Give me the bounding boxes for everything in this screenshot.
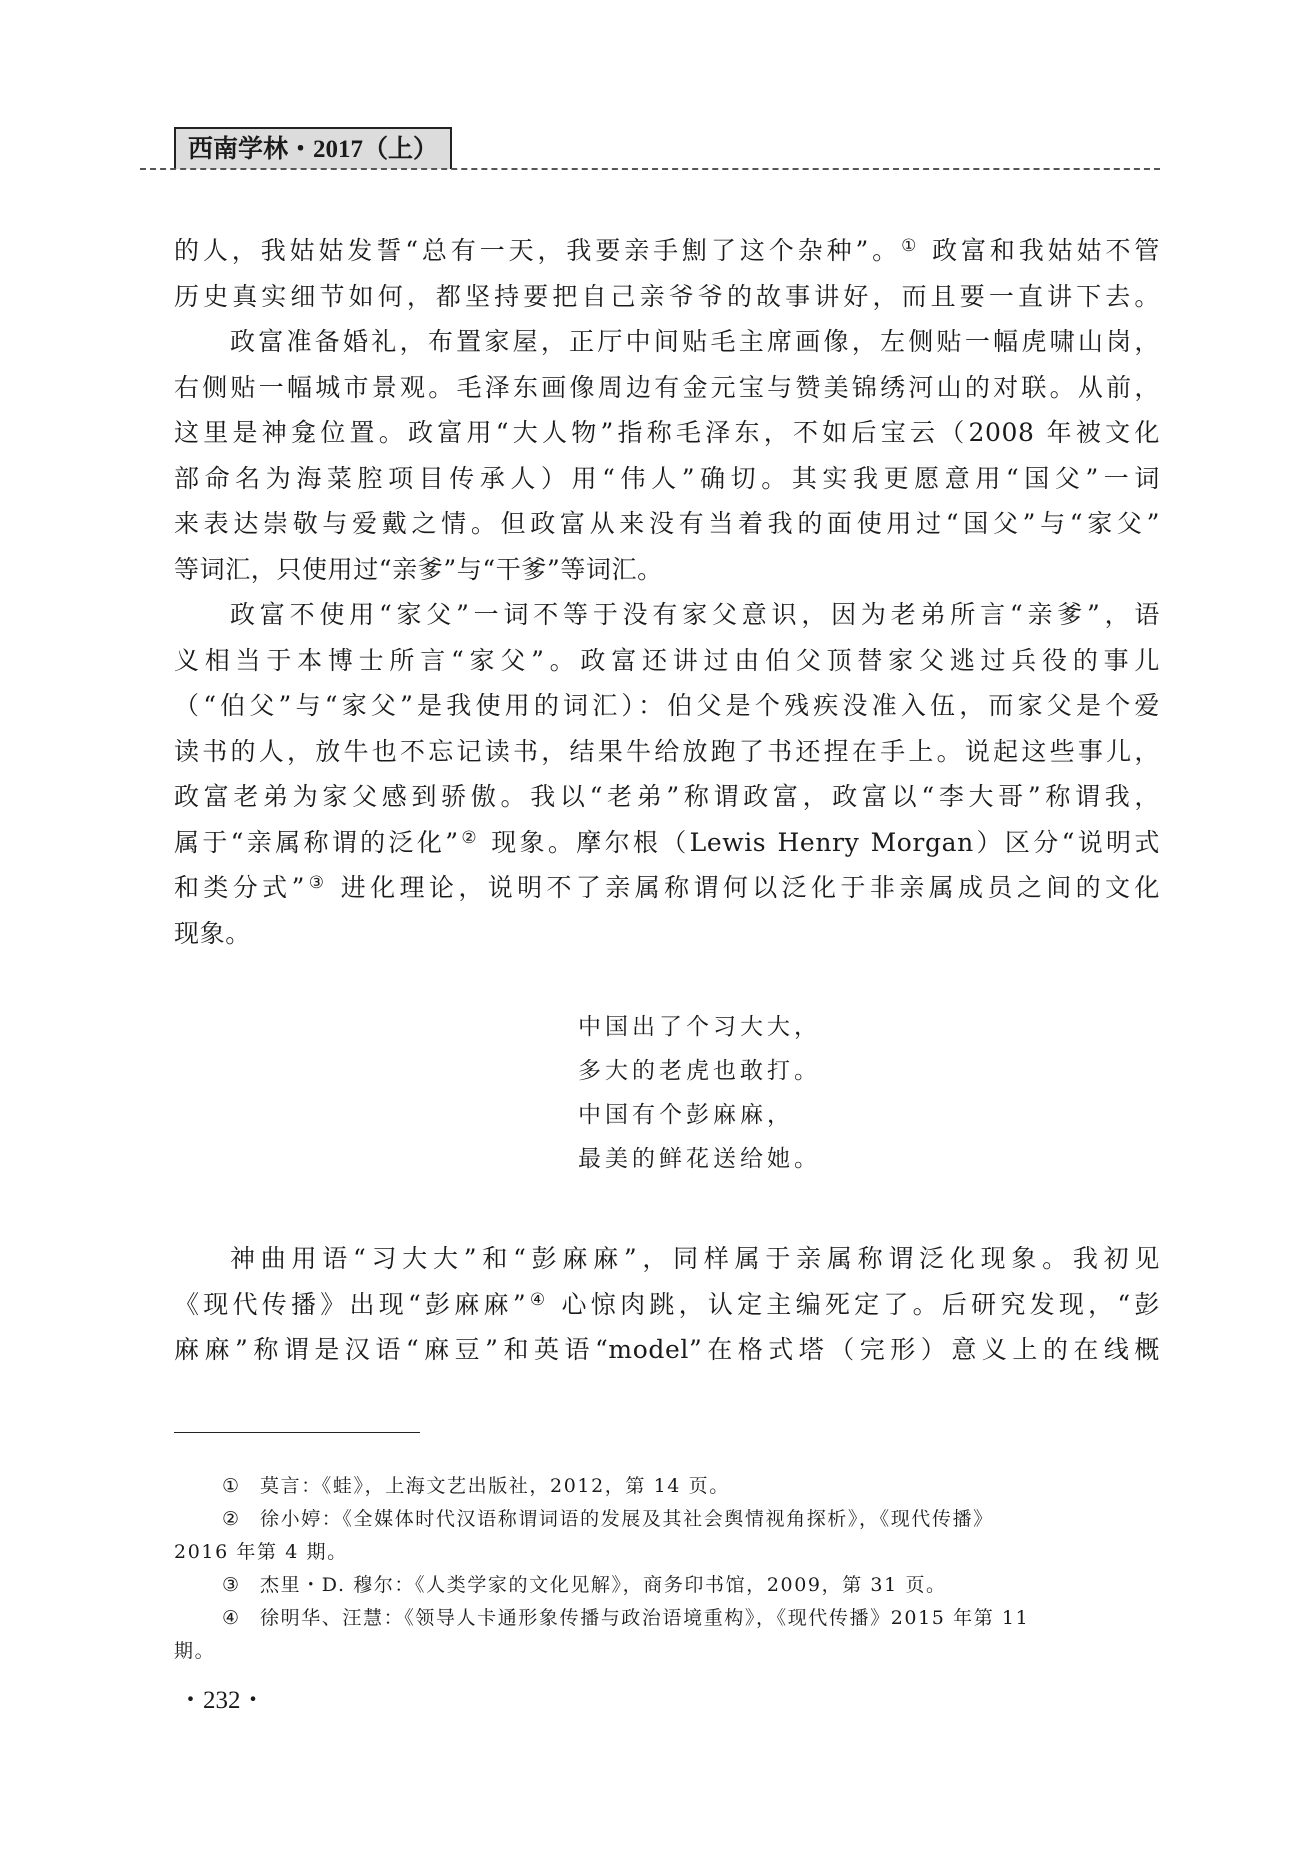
- body-line: 《现代传播》出现“彭麻麻”④ 心惊肉跳，认定主编死定了。后研究发现，“彭: [174, 1282, 1160, 1328]
- footnote-2: ②徐小婷：《全媒体时代汉语称谓词语的发展及其社会舆情视角探析》，《现代传播》: [174, 1503, 1160, 1536]
- body-line: 现象。: [174, 911, 1160, 957]
- footnote-4-continued: 期。: [174, 1635, 1160, 1668]
- body-line: 政富老弟为家父感到骄傲。我以“老弟”称谓政富，政富以“李大哥”称谓我，: [174, 774, 1160, 820]
- body-line: 右侧贴一幅城市景观。毛泽东画像周边有金元宝与赞美锦绣河山的对联。从前，: [174, 365, 1160, 411]
- body-line: 的人，我姑姑发誓“总有一天，我要亲手劁了这个杂种”。① 政富和我姑姑不管: [174, 228, 1160, 274]
- header-dashed-rule: [140, 168, 1160, 170]
- body-line: （“伯父”与“家父”是我使用的词汇）：伯父是个残疾没准入伍，而家父是个爱: [174, 683, 1160, 729]
- page-number: ・232・: [178, 1686, 266, 1716]
- body-line: 和类分式”③ 进化理论，说明不了亲属称谓何以泛化于非亲属成员之间的文化: [174, 865, 1160, 911]
- journal-title: 西南学林・2017（上）: [188, 136, 438, 163]
- footnote-separator: [174, 1432, 420, 1433]
- footnote-1: ①莫言：《蛙》，上海文艺出版社，2012，第 14 页。: [174, 1470, 1160, 1503]
- body-line: 等词汇，只使用过“亲爹”与“干爹”等词汇。: [174, 547, 1160, 593]
- main-body-text-continued: 神曲用语“习大大”和“彭麻麻”，同样属于亲属称谓泛化现象。我初见 《现代传播》出…: [174, 1236, 1160, 1373]
- journal-header: 西南学林・2017（上）: [174, 127, 452, 169]
- quoted-song-lyrics: 中国出了个习大大， 多大的老虎也敢打。 中国有个彭麻麻， 最美的鲜花送给她。: [578, 1005, 821, 1181]
- footnotes: ①莫言：《蛙》，上海文艺出版社，2012，第 14 页。 ②徐小婷：《全媒体时代…: [174, 1470, 1160, 1668]
- footnote-2-continued: 2016 年第 4 期。: [174, 1536, 1160, 1569]
- body-line: 来表达崇敬与爱戴之情。但政富从来没有当着我的面使用过“国父”与“家父”: [174, 501, 1160, 547]
- footnote-ref-1[interactable]: ①: [901, 236, 920, 256]
- footnote-4: ④徐明华、汪慧：《领导人卡通形象传播与政治语境重构》，《现代传播》2015 年第…: [174, 1602, 1160, 1635]
- poem-line: 最美的鲜花送给她。: [578, 1137, 821, 1181]
- body-line: 历史真实细节如何，都坚持要把自己亲爷爷的故事讲好，而且要一直讲下去。: [174, 274, 1160, 320]
- body-line: 这里是神龛位置。政富用“大人物”指称毛泽东，不如后宝云（2008 年被文化: [174, 410, 1160, 456]
- body-line: 政富准备婚礼，布置家屋，正厅中间贴毛主席画像，左侧贴一幅虎啸山岗，: [174, 319, 1160, 365]
- poem-line: 多大的老虎也敢打。: [578, 1049, 821, 1093]
- body-line: 部命名为海菜腔项目传承人）用“伟人”确切。其实我更愿意用“国父”一词: [174, 456, 1160, 502]
- poem-line: 中国有个彭麻麻，: [578, 1093, 821, 1137]
- footnote-3: ③杰里・D. 穆尔：《人类学家的文化见解》，商务印书馆，2009，第 31 页。: [174, 1569, 1160, 1602]
- body-line: 读书的人，放牛也不忘记读书，结果牛给放跑了书还捏在手上。说起这些事儿，: [174, 729, 1160, 775]
- footnote-ref-4[interactable]: ④: [526, 1290, 549, 1310]
- body-line: 属于“亲属称谓的泛化”② 现象。摩尔根（Lewis Henry Morgan）区…: [174, 820, 1160, 866]
- footnote-ref-3[interactable]: ③: [305, 873, 328, 893]
- body-line: 麻麻”称谓是汉语“麻豆”和英语“model”在格式塔（完形）意义上的在线概: [174, 1327, 1160, 1373]
- body-line: 政富不使用“家父”一词不等于没有家父意识，因为老弟所言“亲爹”，语: [174, 592, 1160, 638]
- body-line: 神曲用语“习大大”和“彭麻麻”，同样属于亲属称谓泛化现象。我初见: [174, 1236, 1160, 1282]
- body-line: 义相当于本博士所言“家父”。政富还讲过由伯父顶替家父逃过兵役的事儿: [174, 638, 1160, 684]
- main-body-text: 的人，我姑姑发誓“总有一天，我要亲手劁了这个杂种”。① 政富和我姑姑不管 历史真…: [174, 228, 1160, 956]
- poem-line: 中国出了个习大大，: [578, 1005, 821, 1049]
- footnote-ref-2[interactable]: ②: [459, 828, 480, 848]
